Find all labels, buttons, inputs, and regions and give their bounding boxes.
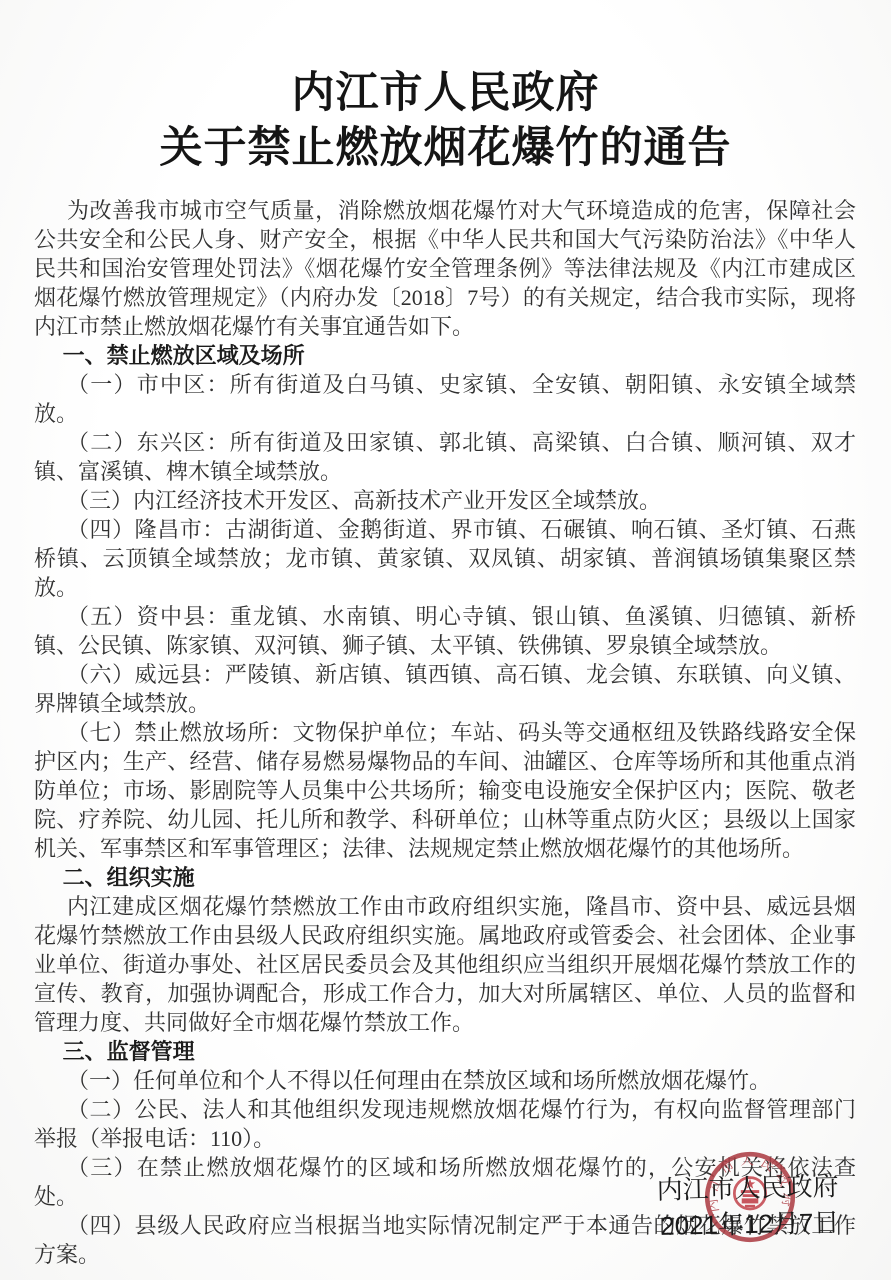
title-line-2: 关于禁止燃放烟花爆竹的通告 [0, 121, 891, 176]
signature-block: 内江市人民政府 2021年12月7日 [656, 1168, 839, 1244]
section-1-heading: 一、禁止燃放区域及场所 [34, 341, 856, 370]
notice-item-1-2: （二）东兴区：所有街道及田家镇、郭北镇、高梁镇、白合镇、顺河镇、双才镇、富溪镇、… [34, 428, 856, 486]
intro-paragraph: 为改善我市城市空气质量，消除燃放烟花爆竹对大气环境造成的危害，保障社会公共安全和… [34, 196, 856, 341]
notice-item-1-5: （五）资中县：重龙镇、水南镇、明心寺镇、银山镇、鱼溪镇、归德镇、新桥镇、公民镇、… [34, 602, 856, 660]
notice-item-1-7: （七）禁止燃放场所：文物保护单位；车站、码头等交通枢纽及铁路线路安全保护区内；生… [34, 718, 856, 863]
supervision-item-1: （一）任何单位和个人不得以任何理由在禁放区域和场所燃放烟花爆竹。 [34, 1066, 856, 1095]
section-3-heading: 三、监督管理 [34, 1037, 856, 1066]
organization-paragraph: 内江建成区烟花爆竹禁燃放工作由市政府组织实施，隆昌市、资中县、威远县烟花爆竹禁燃… [34, 892, 856, 1037]
notice-body: 为改善我市城市空气质量，消除燃放烟花爆竹对大气环境造成的危害，保障社会公共安全和… [34, 196, 856, 1269]
issuer-name: 内江市人民政府 [656, 1168, 839, 1208]
notice-item-1-4: （四）隆昌市：古湖街道、金鹅街道、界市镇、石碾镇、响石镇、圣灯镇、石燕桥镇、云顶… [34, 515, 856, 602]
issue-date: 2021年12月7日 [657, 1204, 840, 1244]
notice-item-1-6: （六）威远县：严陵镇、新店镇、镇西镇、高石镇、龙会镇、东联镇、向义镇、界牌镇全域… [34, 660, 856, 718]
notice-item-1-3: （三）内江经济技术开发区、高新技术产业开发区全域禁放。 [34, 486, 856, 515]
section-2-heading: 二、组织实施 [34, 863, 856, 892]
supervision-item-2: （二）公民、法人和其他组织发现违规燃放烟花爆竹行为，有权向监督管理部门举报（举报… [34, 1095, 856, 1153]
document-title: 内江市人民政府 关于禁止燃放烟花爆竹的通告 [0, 66, 891, 176]
title-line-1: 内江市人民政府 [0, 66, 891, 121]
notice-item-1-1: （一）市中区：所有街道及白马镇、史家镇、全安镇、朝阳镇、永安镇全域禁放。 [34, 370, 856, 428]
notice-document: 内江市人民政府 关于禁止燃放烟花爆竹的通告 为改善我市城市空气质量，消除燃放烟花… [0, 0, 891, 1280]
